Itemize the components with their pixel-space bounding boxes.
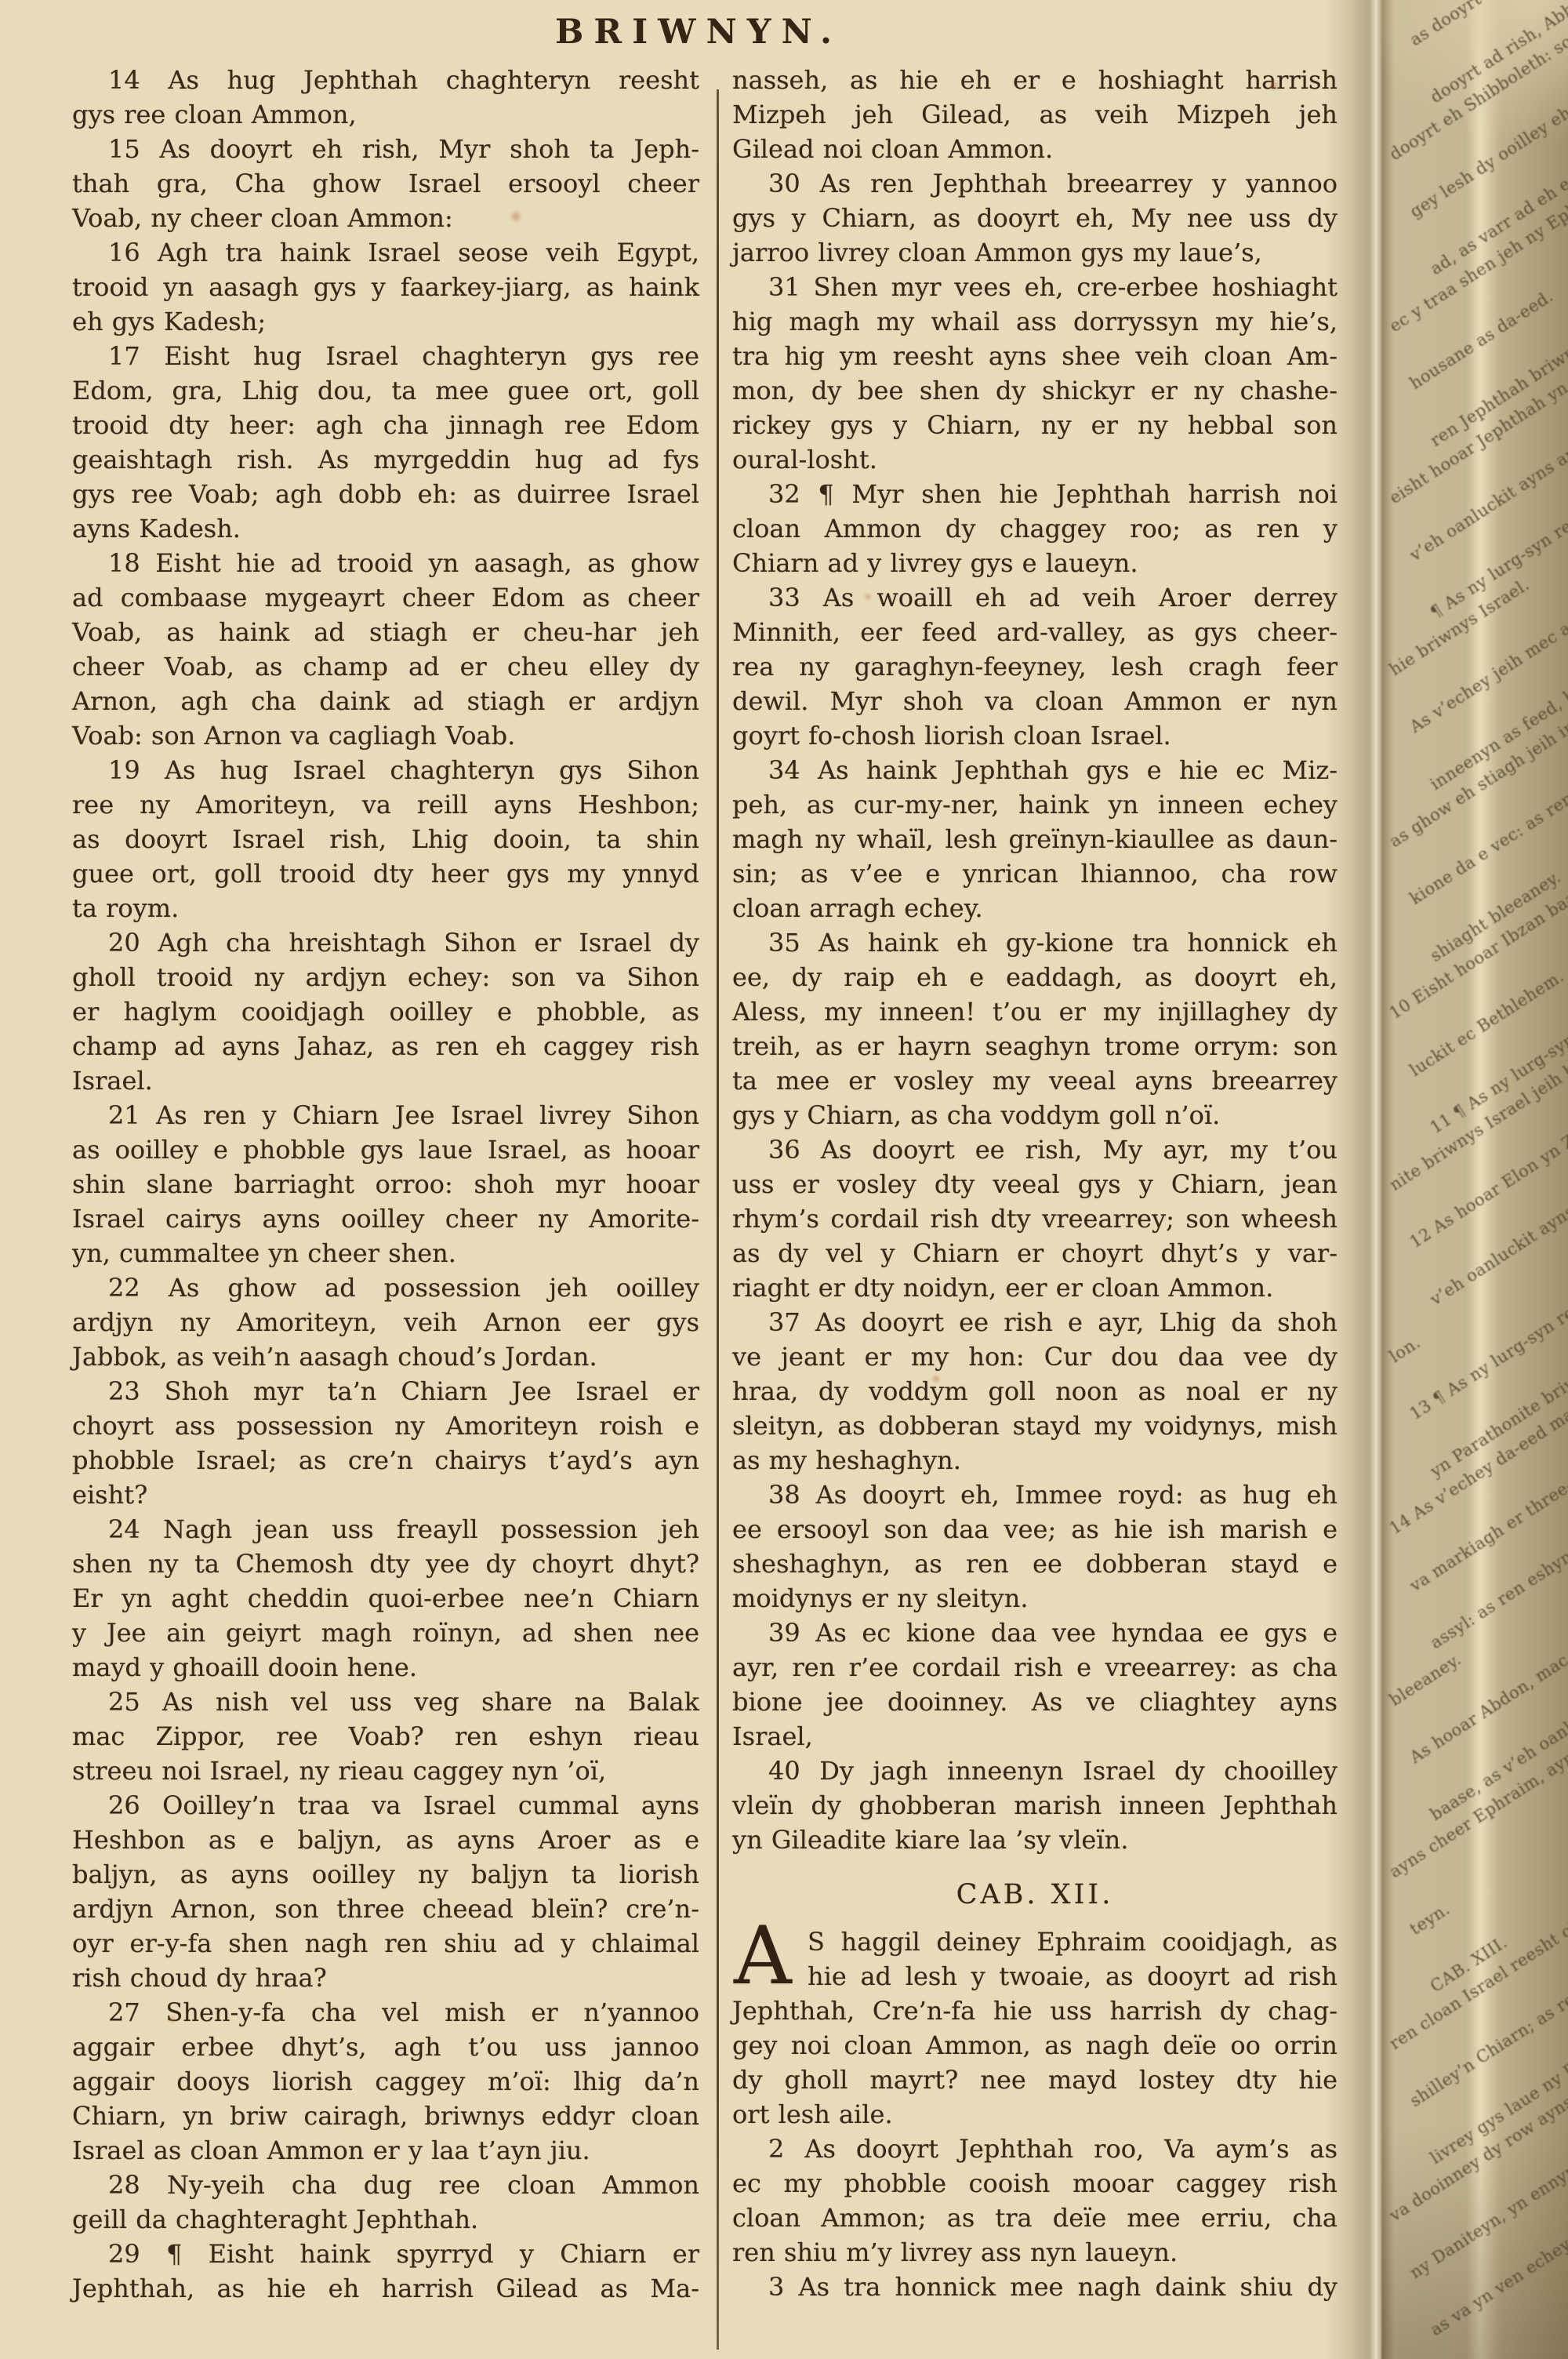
text-line: 34 As haink Jephthah gys e hie ec Miz-: [732, 753, 1338, 787]
text-line: ardjyn Arnon, son three cheead bleïn? cr…: [72, 1892, 699, 1926]
text-line: 30 As ren Jephthah breearrey y yannoo: [732, 166, 1338, 201]
foxing-spot: [168, 2016, 176, 2023]
text-line: 16 Agh tra haink Israel seose veih Egypt…: [72, 235, 699, 270]
text-line: 37 As dooyrt ee rish e ayr, Lhig da shoh: [732, 1305, 1338, 1339]
text-line: 22 As ghow ad possession jeh ooilley: [72, 1270, 699, 1305]
text-line: rea ny garaghyn-feeyney, lesh cragh feer: [732, 649, 1338, 684]
text-line: 27 Shen-y-fa cha vel mish er n’yannoo: [72, 1995, 699, 2030]
text-line: 29 ¶ Eisht haink spyrryd y Chiarn er: [72, 2237, 699, 2271]
text-line: ve jeant er my hon: Cur dou daa vee dy: [732, 1339, 1338, 1374]
text-line: 35 As haink eh gy-kione tra honnick eh: [732, 925, 1338, 960]
text-line: 38 As dooyrt eh, Immee royd: as hug eh: [732, 1478, 1338, 1512]
foxing-spot: [864, 593, 872, 601]
text-line: 3 As tra honnick mee nagh daink shiu dy: [732, 2270, 1338, 2304]
text-line: ec my phobble cooish mooar caggey rish: [732, 2166, 1338, 2201]
text-line: 21 As ren y Chiarn Jee Israel livrey Sih…: [72, 1098, 699, 1132]
text-line: oyr er-y-fa shen nagh ren shiu ad y chla…: [72, 1926, 699, 1961]
text-line: cheer Voab, as champ ad er cheu elley dy: [72, 649, 699, 684]
text-line: Er yn aght cheddin quoi-erbee nee’n Chia…: [72, 1581, 699, 1616]
text-line: geaishtagh rish. As myrgeddin hug ad fys: [72, 442, 699, 477]
text-line: ardjyn ny Amoriteyn, veih Arnon eer gys: [72, 1305, 699, 1339]
text-line: choyrt ass possession ny Amoriteyn roish…: [72, 1408, 699, 1443]
text-line: Aless, my inneen! t’ou er my injillaghey…: [732, 994, 1338, 1029]
text-line: Chiarn, yn briw cairagh, briwnys eddyr c…: [72, 2099, 699, 2133]
text-line: ad combaase mygeayrt cheer Edom as cheer: [72, 580, 699, 615]
text-line: hraa, dy voddym goll noon as noal er ny: [732, 1374, 1338, 1408]
text-line: Heshbon as e baljyn, as ayns Aroer as e: [72, 1823, 699, 1857]
text-line: Voab: son Arnon va cagliagh Voab.: [72, 718, 699, 753]
text-line: rish choud dy hraa?: [72, 1961, 699, 1995]
text-line: trooid dty heer: agh cha jinnagh ree Edo…: [72, 408, 699, 442]
text-line: ee ersooyl son daa vee; as hie ish maris…: [732, 1512, 1338, 1547]
text-line: sleityn, as dobberan stayd my voidynys, …: [732, 1408, 1338, 1443]
text-line: aggair erbee dhyt’s, agh t’ou uss jannoo: [72, 2030, 699, 2064]
text-line: jarroo livrey cloan Ammon gys my laue’s,: [732, 235, 1338, 270]
right-column-verses: nasseh, as hie eh er e hoshiaght harrish…: [732, 63, 1338, 1857]
text-line: 25 As nish vel uss veg share na Balak: [72, 1685, 699, 1719]
text-line: ayr, ren r’ee cordail rish e vreearrey: …: [732, 1650, 1338, 1685]
text-line: baljyn, as ayns ooilley ny baljyn ta lio…: [72, 1857, 699, 1892]
text-line: tra hig ym reesht ayns shee veih cloan A…: [732, 339, 1338, 373]
text-line: gys y Chiarn, as dooyrt eh, My nee uss d…: [732, 201, 1338, 235]
foxing-spot: [931, 1374, 941, 1383]
text-line: eh gys Kadesh;: [72, 304, 699, 339]
text-line: 18 Eisht hie ad trooid yn aasagh, as gho…: [72, 546, 699, 580]
text-line: dy gholl mayrt? nee mayd lostey dty hie: [732, 2063, 1338, 2097]
text-line: rickey gys y Chiarn, ny er ny hebbal son: [732, 408, 1338, 442]
drop-cap-letter: A: [734, 1921, 792, 1992]
text-line: hie ad lesh y twoaie, as dooyrt ad rish: [732, 1959, 1338, 1994]
text-line: as dooyrt Israel rish, Lhig dooin, ta sh…: [72, 822, 699, 856]
text-line: mac Zippor, ree Voab? ren eshyn rieau: [72, 1719, 699, 1754]
text-line: 17 Eisht hug Israel chaghteryn gys ree: [72, 339, 699, 373]
text-line: bione jee dooinney. As ve cliaghtey ayns: [732, 1685, 1338, 1719]
text-line: ort lesh aile.: [732, 2097, 1338, 2132]
text-line: gys ree Voab; agh dobb eh: as duirree Is…: [72, 477, 699, 511]
text-line: Israel as cloan Ammon er y laa t’ayn jiu…: [72, 2133, 699, 2168]
text-line: mon, dy bee shen dy shickyr er ny chashe…: [732, 373, 1338, 408]
text-line: Jabbok, as veih’n aasagh choud’s Jordan.: [72, 1339, 699, 1374]
text-line: cloan Ammon dy chaggey roo; as ren y: [732, 511, 1338, 546]
page-title: BRIWNYN.: [72, 13, 1325, 52]
foxing-spot: [510, 210, 522, 223]
text-line: 19 As hug Israel chaghteryn gys Sihon: [72, 753, 699, 787]
text-line: Minnith, eer feed ard-valley, as gys che…: [732, 615, 1338, 649]
text-column-right: nasseh, as hie eh er e hoshiaght harrish…: [732, 63, 1338, 2304]
text-line: dewil. Myr shoh va cloan Ammon er nyn: [732, 684, 1338, 718]
text-line: ta mee er vosley my veeal ayns breearrey: [732, 1063, 1338, 1098]
text-line: geill da chaghteraght Jephthah.: [72, 2202, 699, 2237]
text-line: nasseh, as hie eh er e hoshiaght harrish: [732, 63, 1338, 97]
text-line: Voab, as haink ad stiagh er cheu-har jeh: [72, 615, 699, 649]
text-line: Gilead noi cloan Ammon.: [732, 132, 1338, 166]
text-line: mayd y ghoaill dooin hene.: [72, 1650, 699, 1685]
text-line: moidynys er ny sleityn.: [732, 1581, 1338, 1616]
next-page-ghost-text: rish, Ne Ephraimite oo?as dooyrt eh, Cha…: [1381, 0, 1568, 2359]
text-line: cloan Ammon; as tra deïe mee erriu, cha: [732, 2201, 1338, 2235]
text-line: gholl trooid ny ardjyn echey: son va Sih…: [72, 960, 699, 994]
text-line: S haggil deiney Ephraim cooidjagh, as: [732, 1925, 1338, 1959]
text-line: sheshaghyn, as ren ee dobberan stayd e: [732, 1547, 1338, 1581]
text-line: 23 Shoh myr ta’n Chiarn Jee Israel er: [72, 1374, 699, 1408]
text-line: as ooilley e phobble gys laue Israel, as…: [72, 1132, 699, 1167]
chapter-12-lines: S haggil deiney Ephraim cooidjagh, ashie…: [732, 1925, 1338, 2304]
foxing-spot: [375, 668, 384, 678]
edge-text-fragment: teyn.: [1406, 1899, 1454, 1939]
chapter-heading: CAB. XII.: [732, 1877, 1338, 1912]
text-line: guee ort, goll trooid dty heer gys my yn…: [72, 856, 699, 891]
text-line: uss er vosley dty veeal gys y Chiarn, je…: [732, 1167, 1338, 1201]
text-line: ayns Kadesh.: [72, 511, 699, 546]
fore-edge-highlight: [1369, 0, 1383, 2359]
text-column-left: 14 As hug Jephthah chaghteryn reeshtgys …: [72, 63, 699, 2306]
edge-text-fragment: lon.: [1386, 1332, 1424, 1366]
text-line: phobble Israel; as cre’n chairys t’ayd’s…: [72, 1443, 699, 1478]
text-line: rhym’s cordail rish dty vreearrey; son w…: [732, 1201, 1338, 1236]
text-line: 15 As dooyrt eh rish, Myr shoh ta Jeph-: [72, 132, 699, 166]
text-line: shen ny ta Chemosh dty yee dy choyrt dhy…: [72, 1547, 699, 1581]
text-line: treih, as er hayrn seaghyn trome orrym: …: [732, 1029, 1338, 1063]
text-line: 31 Shen myr vees eh, cre-erbee hoshiaght: [732, 270, 1338, 304]
book-page-photo: BRIWNYN. 14 As hug Jephthah chaghteryn r…: [0, 0, 1568, 2359]
chapter-12-paragraph: A S haggil deiney Ephraim cooidjagh, ash…: [732, 1925, 1338, 2304]
text-line: aggair dooys liorish caggey m’oï: lhig d…: [72, 2064, 699, 2099]
text-line: 32 ¶ Myr shen hie Jephthah harrish noi: [732, 477, 1338, 511]
text-line: 24 Nagh jean uss freayll possession jeh: [72, 1512, 699, 1547]
text-line: Arnon, agh cha daink ad stiagh er ardjyn: [72, 684, 699, 718]
text-line: trooid yn aasagh gys y faarkey-jiarg, as…: [72, 270, 699, 304]
text-line: as my heshaghyn.: [732, 1443, 1338, 1478]
text-line: Israel.: [72, 1063, 699, 1098]
text-line: magh ny whaïl, lesh greïnyn-kiaullee as …: [732, 822, 1338, 856]
text-line: Chiarn ad y livrey gys e laueyn.: [732, 546, 1338, 580]
text-line: ren shiu m’y livrey ass nyn laueyn.: [732, 2235, 1338, 2270]
text-line: cloan arragh echey.: [732, 891, 1338, 925]
text-line: shin slane barriaght orroo: shoh myr hoo…: [72, 1167, 699, 1201]
text-line: champ ad ayns Jahaz, as ren eh caggey ri…: [72, 1029, 699, 1063]
edge-text-fragment: bleeaney.: [1386, 1649, 1465, 1710]
next-page-curl: rish, Ne Ephraimite oo?as dooyrt eh, Cha…: [1381, 0, 1568, 2359]
text-line: eisht?: [72, 1478, 699, 1512]
foxing-spot: [1269, 80, 1279, 91]
text-line: sin; as v’ee e ynrican lhiannoo, cha row: [732, 856, 1338, 891]
text-line: 2 As dooyrt Jephthah roo, Va aym’s as: [732, 2132, 1338, 2166]
text-line: peh, as cur-my-ner, haink yn inneen eche…: [732, 787, 1338, 822]
text-line: 20 Agh cha hreishtagh Sihon er Israel dy: [72, 925, 699, 960]
text-line: hig magh my whail ass dorryssyn my hie’s…: [732, 304, 1338, 339]
text-line: er haglym cooidjagh ooilley e phobble, a…: [72, 994, 699, 1029]
text-line: ree ny Amoriteyn, va reill ayns Heshbon;: [72, 787, 699, 822]
text-line: as dy vel y Chiarn er choyrt dhyt’s y va…: [732, 1236, 1338, 1270]
text-line: streeu noi Israel, ny rieau caggey nyn ’…: [72, 1754, 699, 1788]
text-line: Israel cairys ayns ooilley cheer ny Amor…: [72, 1201, 699, 1236]
text-line: 26 Ooilley’n traa va Israel cummal ayns: [72, 1788, 699, 1823]
text-line: Mizpeh jeh Gilead, as veih Mizpeh jeh: [732, 97, 1338, 132]
text-line: 39 As ec kione daa vee hyndaa ee gys e: [732, 1616, 1338, 1650]
text-line: Jephthah, Cre’n-fa hie uss harrish dy ch…: [732, 1994, 1338, 2028]
text-line: Israel,: [732, 1719, 1338, 1754]
text-line: Jephthah, as hie eh harrish Gilead as Ma…: [72, 2271, 699, 2306]
text-line: riaght er dty noidyn, eer er cloan Ammon…: [732, 1270, 1338, 1305]
text-line: goyrt fo-chosh liorish cloan Israel.: [732, 718, 1338, 753]
text-line: yn Gileadite kiare laa ’sy vleïn.: [732, 1823, 1338, 1857]
text-line: gys ree cloan Ammon,: [72, 97, 699, 132]
text-line: Edom, gra, Lhig dou, ta mee guee ort, go…: [72, 373, 699, 408]
text-line: gys y Chiarn, as cha voddym goll n’oï.: [732, 1098, 1338, 1132]
text-line: 28 Ny-yeih cha dug ree cloan Ammon: [72, 2168, 699, 2202]
text-line: gey noi cloan Ammon, as nagh deïe oo orr…: [732, 2028, 1338, 2063]
text-line: thah gra, Cha ghow Israel ersooyl cheer: [72, 166, 699, 201]
text-line: 33 As woaill eh ad veih Aroer derrey: [732, 580, 1338, 615]
text-line: 36 As dooyrt ee rish, My ayr, my t’ou: [732, 1132, 1338, 1167]
text-line: 14 As hug Jephthah chaghteryn reesht: [72, 63, 699, 97]
column-divider-rule: [717, 89, 719, 2350]
text-line: yn, cummaltee yn cheer shen.: [72, 1236, 699, 1270]
text-line: vleïn dy ghobberan marish inneen Jephtha…: [732, 1788, 1338, 1823]
text-line: oural-losht.: [732, 442, 1338, 477]
text-line: ee, dy raip eh e eaddagh, as dooyrt eh,: [732, 960, 1338, 994]
text-line: 40 Dy jagh inneenyn Israel dy chooilley: [732, 1754, 1338, 1788]
text-line: y Jee ain geiyrt magh roïnyn, ad shen ne…: [72, 1616, 699, 1650]
text-line: ta roym.: [72, 891, 699, 925]
text-line: Voab, ny cheer cloan Ammon:: [72, 201, 699, 235]
